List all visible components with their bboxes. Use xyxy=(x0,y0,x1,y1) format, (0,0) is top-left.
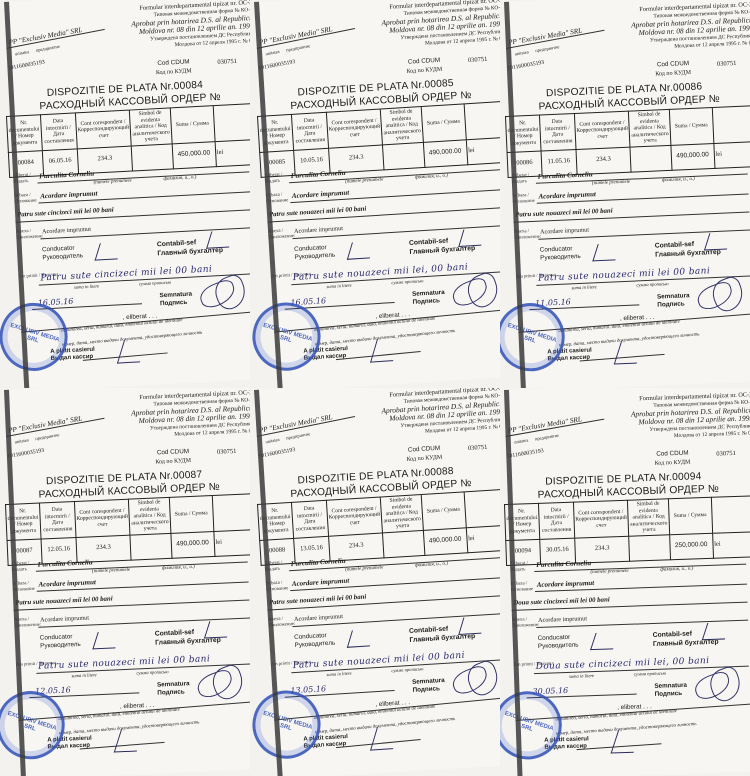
recipient-signature-stroke-icon xyxy=(463,270,500,311)
header-date: Data intocmirii / Дата составления xyxy=(39,502,76,539)
cell-currency: lei xyxy=(466,525,500,552)
recipient-name: Furculita Corneliu xyxy=(39,170,94,181)
amount-in-words: Patru sute nouazeci mii lei 00 bani xyxy=(515,207,613,218)
kod-kudm-label: Код по КУДМ xyxy=(156,68,192,76)
director-signature-icon xyxy=(92,631,120,649)
header-date: Data intocmirii / Дата составления xyxy=(291,112,328,150)
signature-label: SemnaturaПодпись xyxy=(412,677,445,695)
cell-amount: 490,000.00 xyxy=(423,527,467,555)
company-name: PP "Exclusiv Media" SRL xyxy=(258,25,333,46)
payment-table: Nr. documentului / Номер документа Data … xyxy=(257,101,500,178)
document-paper: PP "Exclusiv Media" SRL unitatea предпри… xyxy=(504,388,750,776)
cell-amount: 250,000.00 xyxy=(669,533,713,559)
company-unit-label: unitatea предприятие xyxy=(514,433,560,445)
cod-value: 030751 xyxy=(717,60,737,68)
header-sum: Suma / Сумма xyxy=(169,496,214,533)
cell-analytic xyxy=(130,533,171,560)
header-date: Data intocmirii / Дата составления xyxy=(539,114,576,151)
signature-label: SemnaturaПодпись xyxy=(157,680,190,697)
cell-currency: lei xyxy=(466,137,500,164)
recipient-signature-stroke-icon xyxy=(208,662,247,702)
payment-order-00086: PP "Exclusiv Media" SRL unitatea предпри… xyxy=(500,0,750,388)
annex-text: Acordare imprumut xyxy=(294,613,343,623)
signature-label: SemnaturaПодпись xyxy=(412,289,445,307)
director-signature-icon xyxy=(590,632,619,650)
header-sum: Suma / Сумма xyxy=(421,492,466,530)
cod-cdum-label: Cod CDUM xyxy=(157,448,189,456)
cod-cdum-label: Cod CDUM xyxy=(656,450,688,458)
accountant-signature-icon xyxy=(702,622,731,640)
header-empty xyxy=(464,101,500,139)
signature-label: SemnaturaПодпись xyxy=(657,292,690,309)
document-paper: PP "Exclusiv Media" SRL unitatea предпри… xyxy=(254,388,500,776)
basis-row: In baza / Основание Acordare imprumut xyxy=(14,181,250,194)
basis-text: Acordare imprumut xyxy=(537,579,595,589)
director-label: ConducatorРуководитель xyxy=(40,633,81,651)
handwritten-amount: Patru sute nouazeci mii lei 00 bani xyxy=(293,651,466,671)
recipient-signature-stroke-icon xyxy=(211,272,250,313)
header-analytic: Simbol de evidenta analitica / Код анали… xyxy=(629,109,671,146)
cod-cdum-label: Cod CDUM xyxy=(657,60,689,68)
amount-in-words: Doua sute cincizeci mii lei 00 bani xyxy=(513,596,609,606)
recipient-signature-stroke-icon xyxy=(463,658,500,699)
annex-text: Acordare imprumut xyxy=(538,615,587,624)
cell-analytic xyxy=(630,145,671,172)
kod-kudm-label: Код по КУДМ xyxy=(406,67,442,75)
director-signature-icon xyxy=(347,629,375,648)
director-signature-icon xyxy=(95,242,123,261)
amount-words-row: Doua sute cincizeci mii lei 00 bani xyxy=(511,591,750,599)
cashier-signature-icon xyxy=(611,729,642,753)
form-header: Formular interdepartamental tipizat nr. … xyxy=(362,0,500,51)
fiscal-code: 1011600035193 xyxy=(258,447,296,460)
form-header: Formular interdepartamental tipizat nr. … xyxy=(112,0,250,52)
header-analytic: Simbol de evidenta analitica / Код анали… xyxy=(381,107,423,145)
header-empty xyxy=(464,489,500,527)
document-paper: PP "Exclusiv Media" SRL unitatea предпри… xyxy=(4,388,250,776)
director-label: ConducatorРуководитель xyxy=(294,632,335,650)
cell-amount: 490,000.00 xyxy=(423,139,467,167)
header-account: Cont corespondent / Корреспондирующий сч… xyxy=(74,499,130,537)
header-empty xyxy=(711,496,750,533)
cell-currency: lei xyxy=(214,529,250,556)
signature-block: ConducatorРуководитель Contabil-sefГлавн… xyxy=(269,233,500,248)
cell-analytic xyxy=(132,143,174,170)
fiscal-code: 1011600035193 xyxy=(506,448,544,460)
recipient-name: Furculita Corneliu xyxy=(536,559,591,569)
cod-cdum-label: Cod CDUM xyxy=(408,57,441,66)
header-account: Cont corespondent / Корреспондирующий сч… xyxy=(326,109,383,148)
company-name: PP "Exclusiv Media" SRL xyxy=(8,26,83,47)
kod-kudm-label: Код по КУДМ xyxy=(155,458,191,466)
cod-value: 030751 xyxy=(217,58,237,66)
cod-value: 030751 xyxy=(217,448,237,456)
recipient-name: Furculita Corneliu xyxy=(37,558,92,568)
header-analytic: Simbol de evidenta analitica / Код анали… xyxy=(628,499,670,536)
cell-amount: 490,000.00 xyxy=(671,143,715,170)
cell-analytic xyxy=(383,142,425,169)
header-analytic: Simbol de evidenta analitica / Код анали… xyxy=(129,497,171,534)
fiscal-code: 1011600035193 xyxy=(7,59,45,71)
cell-amount: 450,000.00 xyxy=(172,141,216,168)
header-account: Cont corespondent / Корреспондирующий сч… xyxy=(326,497,383,536)
handwritten-amount: Patru sute nouazeci mii lei, 00 bani xyxy=(293,262,469,283)
payment-order-00085: PP "Exclusiv Media" SRL unitatea предпри… xyxy=(250,0,500,388)
recipient-name: Furculita Corneliu xyxy=(537,170,592,180)
cell-currency: lei xyxy=(712,531,750,557)
annex-text: Acordare imprumut xyxy=(42,226,91,236)
document-paper: PP "Exclusiv Media" SRL unitatea предпри… xyxy=(254,0,500,388)
payment-table: Nr. documentului / Номер документа Data … xyxy=(504,495,750,565)
signature-block: ConducatorРуководитель Contabil-sefГлавн… xyxy=(513,627,750,636)
cod-value: 030751 xyxy=(716,450,736,458)
recipient-signature-stroke-icon xyxy=(708,274,747,314)
cod-cdum-label: Cod CDUM xyxy=(157,58,190,67)
cod-value: 030751 xyxy=(468,444,488,452)
signature-label: SemnaturaПодпись xyxy=(159,291,192,309)
header-sum: Suma / Сумма xyxy=(668,497,712,534)
basis-text: Acordare imprumut xyxy=(38,578,96,588)
signature-block: ConducatorРуководитель Contabil-sefГлавн… xyxy=(17,235,250,248)
header-empty xyxy=(212,494,250,531)
header-account: Cont corespondent / Корреспондирующий сч… xyxy=(75,110,131,148)
header-date: Data intocmirii / Дата составления xyxy=(40,113,77,150)
accountant-signature-icon xyxy=(704,232,732,250)
cell-analytic xyxy=(629,534,670,560)
payment-order-00094: PP "Exclusiv Media" SRL unitatea предпри… xyxy=(500,388,750,776)
annex-text: Acordare imprumut xyxy=(294,225,343,235)
annex-row: Anexa / Приложение: Acordare imprumut xyxy=(512,609,750,617)
header-empty xyxy=(213,104,250,142)
form-header: Formular interdepartamental tipizat nr. … xyxy=(612,391,750,442)
company-name: PP "Exclusiv Media" SRL xyxy=(258,413,333,434)
basis-row: In baza / Основание Acordare imprumut xyxy=(511,574,750,582)
header-sum: Suma / Сумма xyxy=(669,108,714,145)
signature-block: ConducatorРуководитель Contabil-sefГлавн… xyxy=(269,621,500,636)
header-analytic: Simbol de evidenta analitica / Код анали… xyxy=(130,108,172,146)
accountant-signature-icon xyxy=(206,230,234,249)
cashier-signature-icon xyxy=(114,728,144,752)
cashier-signature-icon xyxy=(614,340,644,364)
accountant-signature-icon xyxy=(458,228,486,247)
payment-table: Nr. documentului / Номер документа Data … xyxy=(5,493,250,565)
fiscal-code: 1011600035193 xyxy=(507,60,545,72)
form-header: Formular interdepartamental tipizat nr. … xyxy=(362,388,500,439)
annex-row: Anexa / Приложение: Acordare imprumut xyxy=(268,215,500,230)
header-analytic: Simbol de evidenta analitica / Код анали… xyxy=(381,495,423,533)
accountant-signature-icon xyxy=(204,620,232,638)
director-signature-icon xyxy=(592,243,620,261)
document-paper: PP "Exclusiv Media" SRL unitatea предпри… xyxy=(504,0,750,388)
cell-amount: 490,000.00 xyxy=(171,531,215,558)
header-account: Cont corespondent / Корреспондирующий сч… xyxy=(574,111,630,149)
director-signature-icon xyxy=(347,241,375,260)
fiscal-code: 1011600035193 xyxy=(258,59,296,72)
fiscal-code: 1011600035193 xyxy=(7,448,45,460)
cell-currency: lei xyxy=(714,141,750,168)
cod-value: 030751 xyxy=(468,56,488,64)
header-date: Data intocmirii / Дата составления xyxy=(538,502,574,539)
amount-in-words: Patru sute nouazeci mii lei 00 bani xyxy=(15,595,113,606)
cell-analytic xyxy=(383,530,425,557)
cell-currency: lei xyxy=(215,139,250,166)
document-paper: PP "Exclusiv Media" SRL unitatea предпри… xyxy=(4,0,250,388)
recipient-signature-stroke-icon xyxy=(706,664,745,704)
annex-text: Acordare imprumut xyxy=(540,227,589,236)
header-sum: Suma / Сумма xyxy=(170,106,215,144)
payment-table: Nr. documentului / Номер документа Data … xyxy=(505,105,750,177)
kod-kudm-label: Код по КУДМ xyxy=(655,70,691,78)
payment-table: Nr. documentului / Номер документа Data … xyxy=(257,489,500,566)
director-label: ConducatorРуководитель xyxy=(42,244,83,262)
basis-row: In baza / Основание Acordare imprumut xyxy=(12,571,250,581)
header-sum: Suma / Сумма xyxy=(421,104,466,142)
payment-order-00087: PP "Exclusiv Media" SRL unitatea предпри… xyxy=(0,388,250,776)
header-account: Cont corespondent / Корреспондирующий сч… xyxy=(573,500,629,537)
payment-order-00084: PP "Exclusiv Media" SRL unitatea предпри… xyxy=(0,0,250,388)
basis-text: Acordare imprumut xyxy=(40,189,98,200)
annex-text: Acordare imprumut xyxy=(40,615,89,624)
header-empty xyxy=(712,106,750,143)
payment-table: Nr. documentului / Номер документа Data … xyxy=(6,103,250,177)
director-label: ConducatorРуководитель xyxy=(538,634,579,651)
payment-order-00088: PP "Exclusiv Media" SRL unitatea предпри… xyxy=(250,388,500,776)
basis-text: Acordare imprumut xyxy=(538,190,596,200)
signature-label: SemnaturaПодпись xyxy=(654,682,687,699)
cod-cdum-label: Cod CDUM xyxy=(408,445,441,454)
director-label: ConducatorРуководитель xyxy=(540,245,581,263)
kod-kudm-label: Код по КУДМ xyxy=(406,455,442,463)
form-header: Formular interdepartamental tipizat nr. … xyxy=(612,1,750,53)
kod-kudm-label: Код по КУДМ xyxy=(655,460,691,467)
header-date: Data intocmirii / Дата составления xyxy=(291,500,328,538)
form-header: Formular interdepartamental tipizat nr. … xyxy=(112,389,250,441)
annex-row: Anexa / Приложение: Acordare imprumut xyxy=(268,603,500,618)
basis-row: In baza / Основание Acordare imprumut xyxy=(512,183,750,193)
accountant-signature-icon xyxy=(458,616,486,635)
director-label: ConducatorРуководитель xyxy=(294,244,335,262)
